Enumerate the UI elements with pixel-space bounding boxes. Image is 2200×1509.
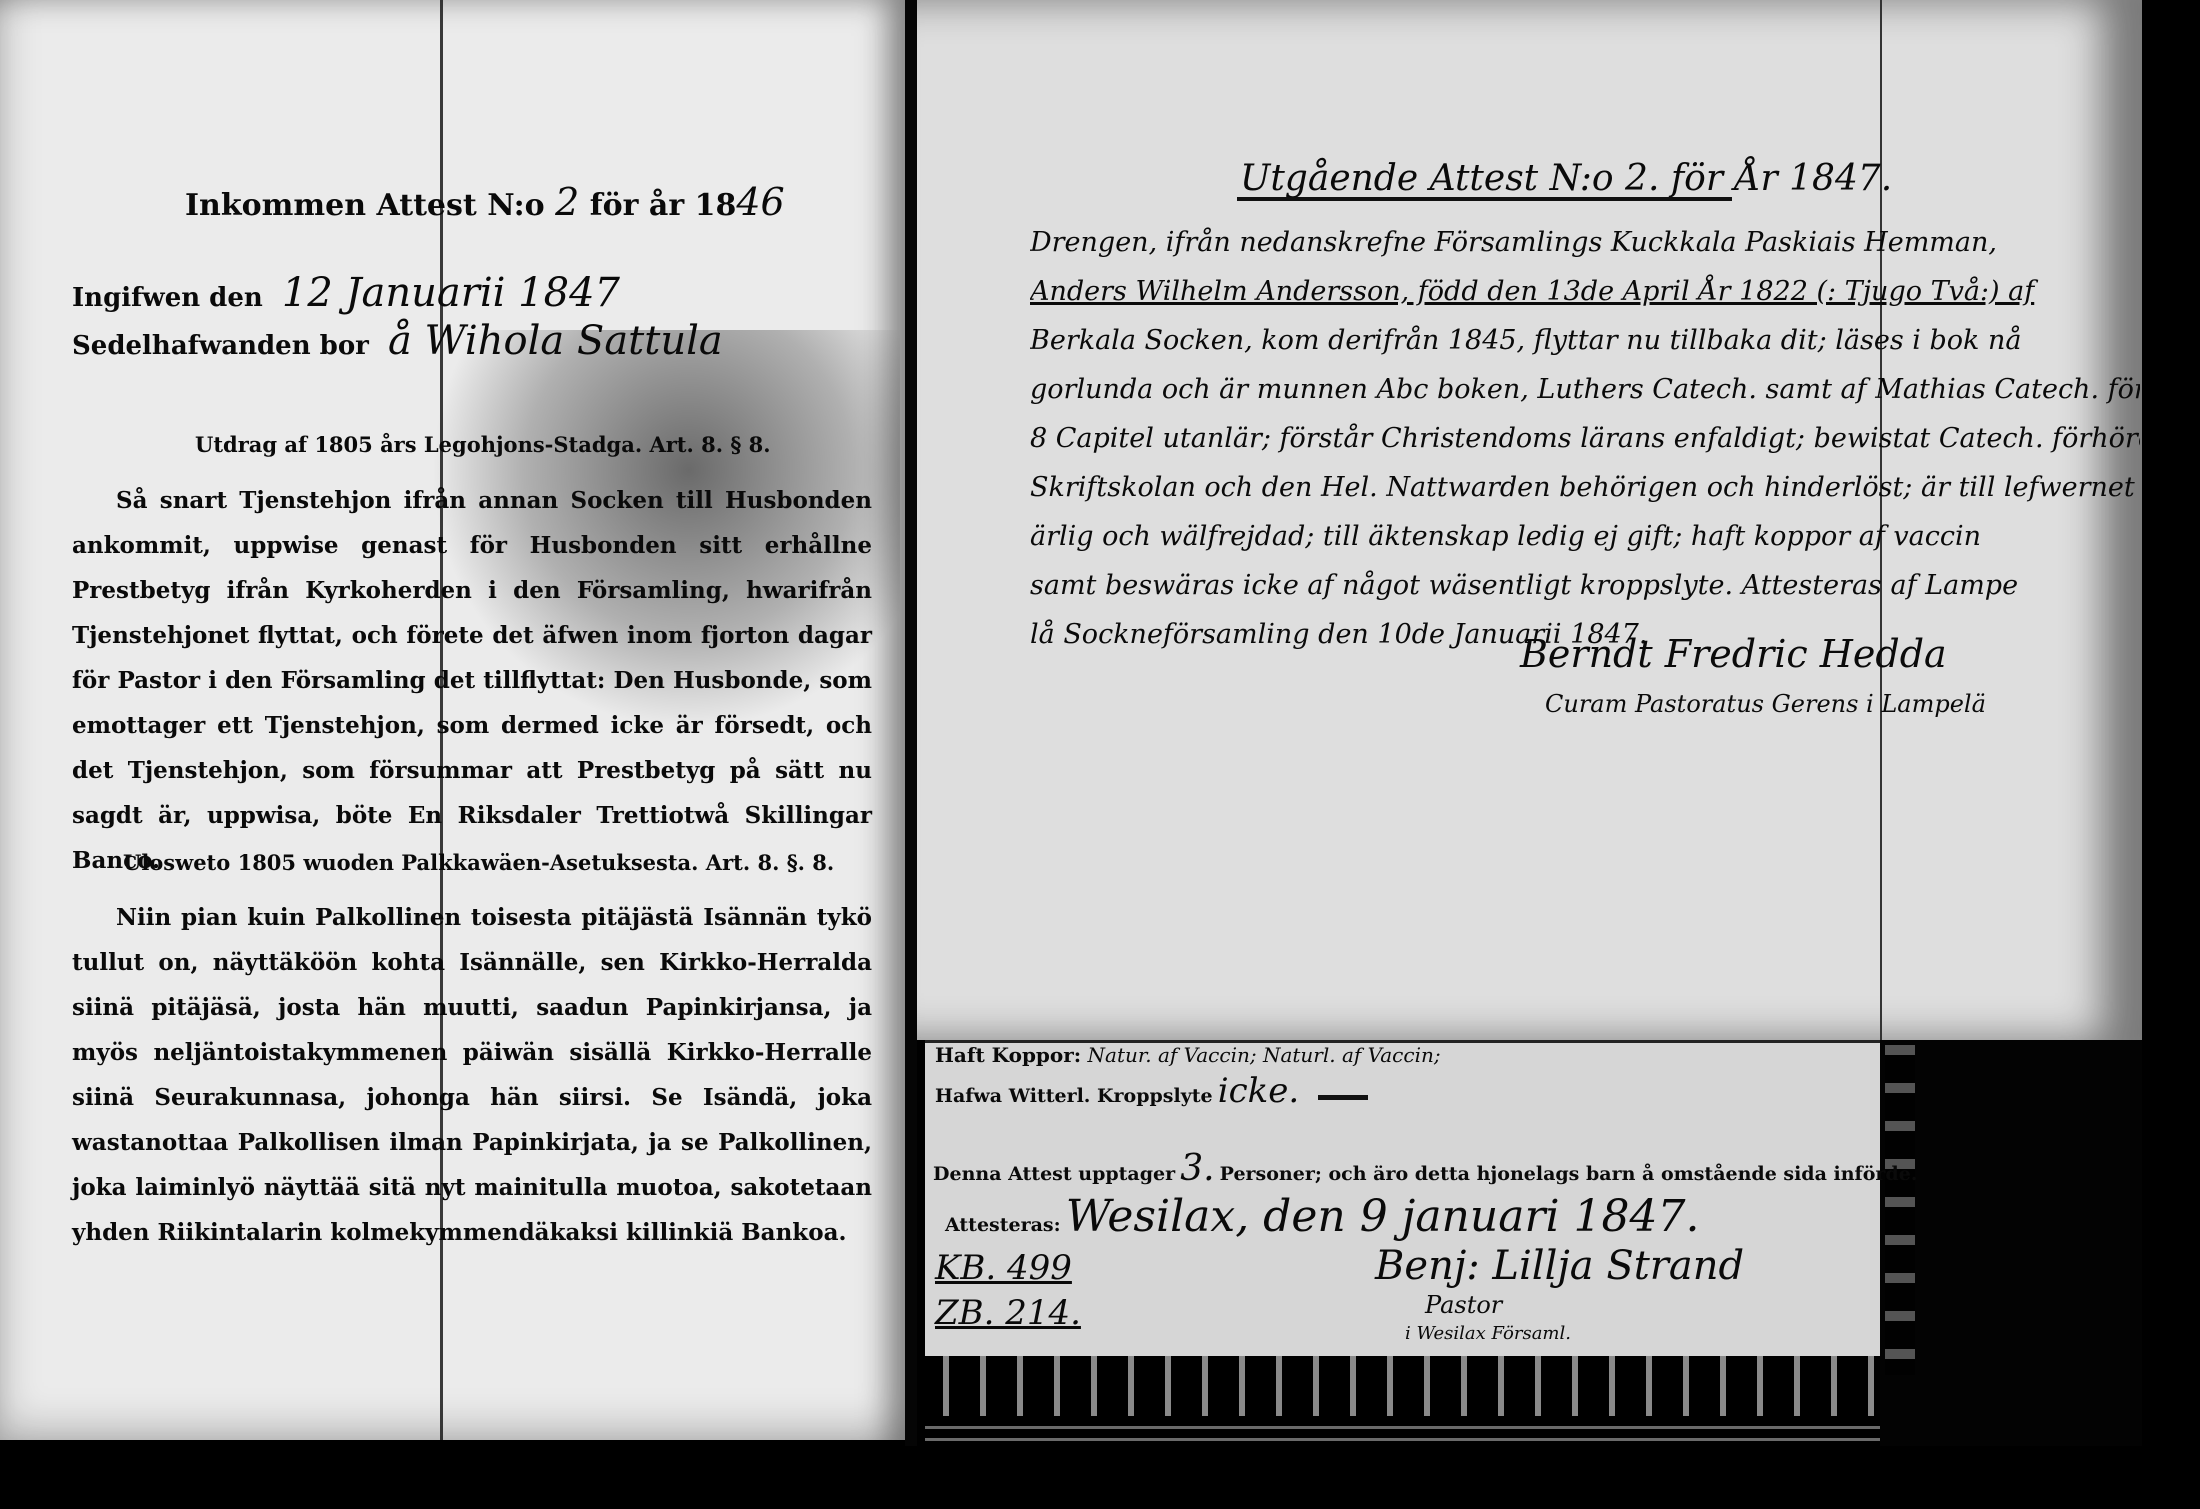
slip-signature: Benj: Lillja Strand — [1375, 1243, 1744, 1289]
ingifwen-label: Ingifwen den — [72, 283, 263, 313]
pastor-signature-title: Curam Pastoratus Gerens i Lampelä — [1545, 690, 1986, 718]
kroppslyte-value: icke. — [1218, 1071, 1299, 1111]
slip-row-attesteras: Attesteras: Wesilax, den 9 januari 1847. — [945, 1191, 1700, 1242]
slip-signature-title: Pastor — [1425, 1291, 1502, 1319]
sedelhafwanden-value: å Wihola Sattula — [388, 318, 723, 364]
year-label: för år 18 — [590, 188, 737, 223]
pastor-signature: Berndt Fredric Hedda — [1520, 632, 1947, 676]
koppor-value: Natur. af Vaccin; Naturl. af Vaccin; — [1088, 1043, 1441, 1067]
finnish-section-heading: Ulosweto 1805 wuoden Palkkawäen-Asetukse… — [123, 850, 834, 875]
koppor-label: Haft Koppor: — [935, 1043, 1081, 1067]
body-line: samt beswäras icke af något wäsentligt k… — [1030, 561, 2140, 610]
scan-bottom-edge-left — [0, 1440, 905, 1509]
sedelhafwanden-label: Sedelhafwanden bor — [72, 331, 369, 361]
attest-number: 2 — [555, 180, 579, 224]
scan-bottom-edge-right — [905, 1446, 2200, 1509]
page-gutter-divider — [905, 0, 917, 1509]
slip-row-kroppslyte: Hafwa Witterl. Kroppslyte icke. — [935, 1071, 1368, 1111]
swedish-section-body: Så snart Tjenstehjon ifrån annan Socken … — [72, 478, 872, 883]
body-line: Drengen, ifrån nedanskrefne Församlings … — [1030, 218, 2140, 267]
finnish-section-body: Niin pian kuin Palkollinen toisesta pitä… — [72, 895, 872, 1255]
body-line: 8 Capitel utanlär; förstår Christendoms … — [1030, 414, 2140, 463]
sedelhafwanden-row: Sedelhafwanden bor å Wihola Sattula — [72, 318, 723, 364]
personer-label-b: Personer; och äro detta hjonelags barn å… — [1220, 1163, 1918, 1185]
kroppslyte-label: Hafwa Witterl. Kroppslyte — [935, 1085, 1213, 1107]
body-line: gorlunda och är munnen Abc boken, Luther… — [1030, 365, 2140, 414]
ingifwen-value: 12 Januarii 1847 — [282, 270, 620, 316]
ledger-zb: ZB. 214. — [935, 1293, 1081, 1333]
title-label: Inkommen Attest N:o — [185, 188, 545, 223]
perforated-edge — [1885, 1045, 1915, 1375]
body-line: Skriftskolan och den Hel. Nattwarden beh… — [1030, 463, 2140, 512]
scan-dark-area — [1880, 1040, 2142, 1509]
finnish-section-text: Niin pian kuin Palkollinen toisesta pitä… — [72, 895, 872, 1255]
swedish-section-heading: Utdrag af 1805 års Legohjons-Stadga. Art… — [195, 432, 771, 457]
utgaende-attest-title: Utgående Attest N:o 2. för År 1847. — [1240, 158, 1892, 199]
personer-count: 3. — [1180, 1148, 1214, 1189]
slip-row-personer: Denna Attest upptager 3. Personer; och ä… — [933, 1148, 1917, 1189]
body-line: Berkala Socken, kom derifrån 1845, flytt… — [1030, 316, 2140, 365]
attesteras-place-date: Wesilax, den 9 januari 1847. — [1066, 1191, 1700, 1242]
body-line-name: Anders Wilhelm Andersson, född den 13de … — [1030, 267, 2140, 316]
ingifwen-row: Ingifwen den 12 Januarii 1847 — [72, 270, 620, 316]
slip-signature-place: i Wesilax Församl. — [1405, 1323, 1571, 1344]
personer-label-a: Denna Attest upptager — [933, 1163, 1175, 1185]
ledger-kb: KB. 499 — [935, 1248, 1072, 1288]
body-line: ärlig och wälfrejdad; till äktenskap led… — [1030, 512, 2140, 561]
swedish-section-text: Så snart Tjenstehjon ifrån annan Socken … — [72, 478, 872, 883]
printed-attest-slip: Haft Koppor: Natur. af Vaccin; Naturl. a… — [925, 1040, 1880, 1358]
inkommen-attest-title: Inkommen Attest N:o 2 för år 1846 — [185, 180, 785, 224]
attesteras-label: Attesteras: — [945, 1214, 1061, 1236]
border-rules — [925, 1416, 1880, 1446]
slip-row-koppor: Haft Koppor: Natur. af Vaccin; Naturl. a… — [935, 1043, 1441, 1067]
ornamental-border — [925, 1356, 1880, 1416]
left-page-inkommen-attest: Inkommen Attest N:o 2 för år 1846 Ingifw… — [0, 0, 905, 1460]
title-underline — [1237, 197, 1732, 201]
certificate-body: Drengen, ifrån nedanskrefne Församlings … — [1030, 218, 2140, 659]
dash-mark — [1318, 1095, 1368, 1100]
year-suffix: 46 — [736, 180, 784, 224]
